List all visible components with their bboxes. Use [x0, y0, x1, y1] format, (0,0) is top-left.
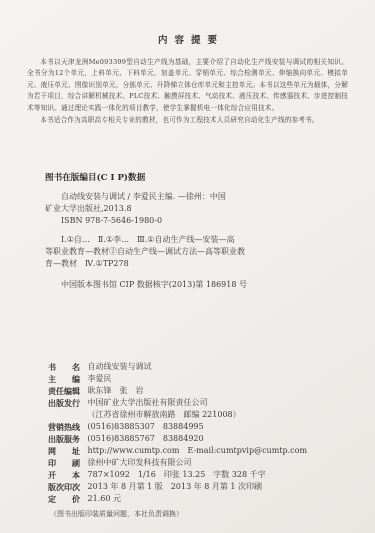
- cip-data-section: 图书在版编目(C I P)数据 自动线安装与调试 / 李爱民主编. —徐州：中国…: [45, 172, 348, 291]
- colophon-label: 定 价: [48, 493, 85, 505]
- colophon-row-marketing-hotline: 营销热线 (0516)83885307 83884995: [48, 421, 348, 433]
- colophon-value: 中国矿业大学出版社有限责任公司: [88, 398, 208, 407]
- cip-isbn: ISBN 978-7-5646-1980-0: [45, 215, 348, 227]
- book-copyright-page: 内容提要 本书以天津龙洲Me093399型自动生产线为基础，主要介绍了自动化生产…: [0, 0, 375, 533]
- colophon-row-format: 开 本 787×1092 1/16 印张 13.25 字数 328 千字: [48, 469, 348, 481]
- colophon-label: 印 刷: [48, 457, 85, 469]
- colophon-value: 2013 年 8 月第 1 版 2013 年 8 月第 1 次印刷: [88, 482, 263, 491]
- colophon-row-chief-editor: 主 编 李爱民: [48, 373, 348, 385]
- content-summary-section: 内容提要 本书以天津龙洲Me093399型自动生产线为基础，主要介绍了自动化生产…: [27, 32, 348, 126]
- colophon-label: 营销热线: [48, 421, 85, 433]
- colophon-row-book-title: 书 名 自动线安装与调试: [48, 361, 348, 373]
- cip-classification-line-3: 育—教材 Ⅳ.①TP278: [45, 258, 348, 270]
- colophon-label: 出版服务: [48, 433, 85, 445]
- colophon-label: 出版发行: [48, 397, 85, 409]
- colophon-row-publisher: 出版发行 中国矿业大学出版社有限责任公司: [48, 397, 348, 409]
- colophon-value: 21.60 元: [88, 494, 121, 503]
- cip-classification-line-1: Ⅰ.①自… Ⅱ.①李… Ⅲ.①自动生产线—安装—高: [45, 234, 348, 246]
- colophon-value: 徐州中矿大印发科技有限公司: [88, 458, 192, 467]
- colophon-value: (0516)83885307 83884995: [88, 422, 204, 431]
- colophon-row-edition: 版次印次 2013 年 8 月第 1 版 2013 年 8 月第 1 次印刷: [48, 481, 348, 493]
- colophon-label: 书 名: [48, 361, 85, 373]
- colophon-value: 自动线安装与调试: [88, 362, 152, 371]
- colophon-value: http://www.cumtp.com E-mail:cumtpvip@cum…: [88, 446, 308, 455]
- colophon-label: 责任编辑: [48, 385, 85, 397]
- content-summary-title: 内容提要: [27, 32, 348, 46]
- colophon-row-website: 网 址 http://www.cumtp.com E-mail:cumtpvip…: [48, 445, 348, 457]
- colophon-row-publishing-service: 出版服务 (0516)83885767 83884920: [48, 433, 348, 445]
- colophon-row-responsible-editors: 责任编辑 耿东锋 张 岩: [48, 385, 348, 397]
- cip-classification-line-2: 等职业教育—教材②自动生产线—调试方法—高等职业教: [45, 246, 348, 258]
- summary-paragraph-2: 本书适合作为高职高专相关专业的教材，也可作为工程技术人员研究自动化生产线的参考书…: [27, 115, 348, 126]
- colophon-value: (0516)83885767 83884920: [88, 434, 204, 443]
- colophon-label: 主 编: [48, 373, 85, 385]
- colophon-row-price: 定 价 21.60 元: [48, 493, 348, 505]
- colophon-section: 书 名 自动线安装与调试 主 编 李爱民 责任编辑 耿东锋 张 岩 出版发行 中…: [48, 361, 348, 520]
- cip-record-number: 中国版本图书馆 CIP 数据核字(2013)第 186918 号: [45, 279, 348, 291]
- colophon-row-printer: 印 刷 徐州中矿大印发科技有限公司: [48, 457, 348, 469]
- colophon-value: （江苏省徐州市解放南路 邮编 221008）: [88, 410, 241, 419]
- summary-paragraph-1: 本书以天津龙洲Me093399型自动生产线为基础，主要介绍了自动化生产线安装与调…: [27, 57, 348, 114]
- cip-publisher-line: 矿业大学出版社,2013.8: [45, 203, 348, 215]
- cip-book-title-line: 自动线安装与调试 / 李爱民主编. —徐州：中国: [45, 191, 348, 203]
- colophon-label: 版次印次: [48, 481, 85, 493]
- colophon-value: 787×1092 1/16 印张 13.25 字数 328 千字: [88, 470, 266, 479]
- quality-exchange-note: （图书出版印装质量问题，本社负责调换）: [50, 508, 348, 520]
- colophon-value: 李爱民: [88, 374, 112, 383]
- colophon-label: 网 址: [48, 445, 85, 457]
- colophon-row-publisher-address: （江苏省徐州市解放南路 邮编 221008）: [48, 409, 348, 421]
- colophon-label: 开 本: [48, 469, 85, 481]
- colophon-value: 耿东锋 张 岩: [88, 386, 144, 395]
- cip-title: 图书在版编目(C I P)数据: [45, 172, 348, 184]
